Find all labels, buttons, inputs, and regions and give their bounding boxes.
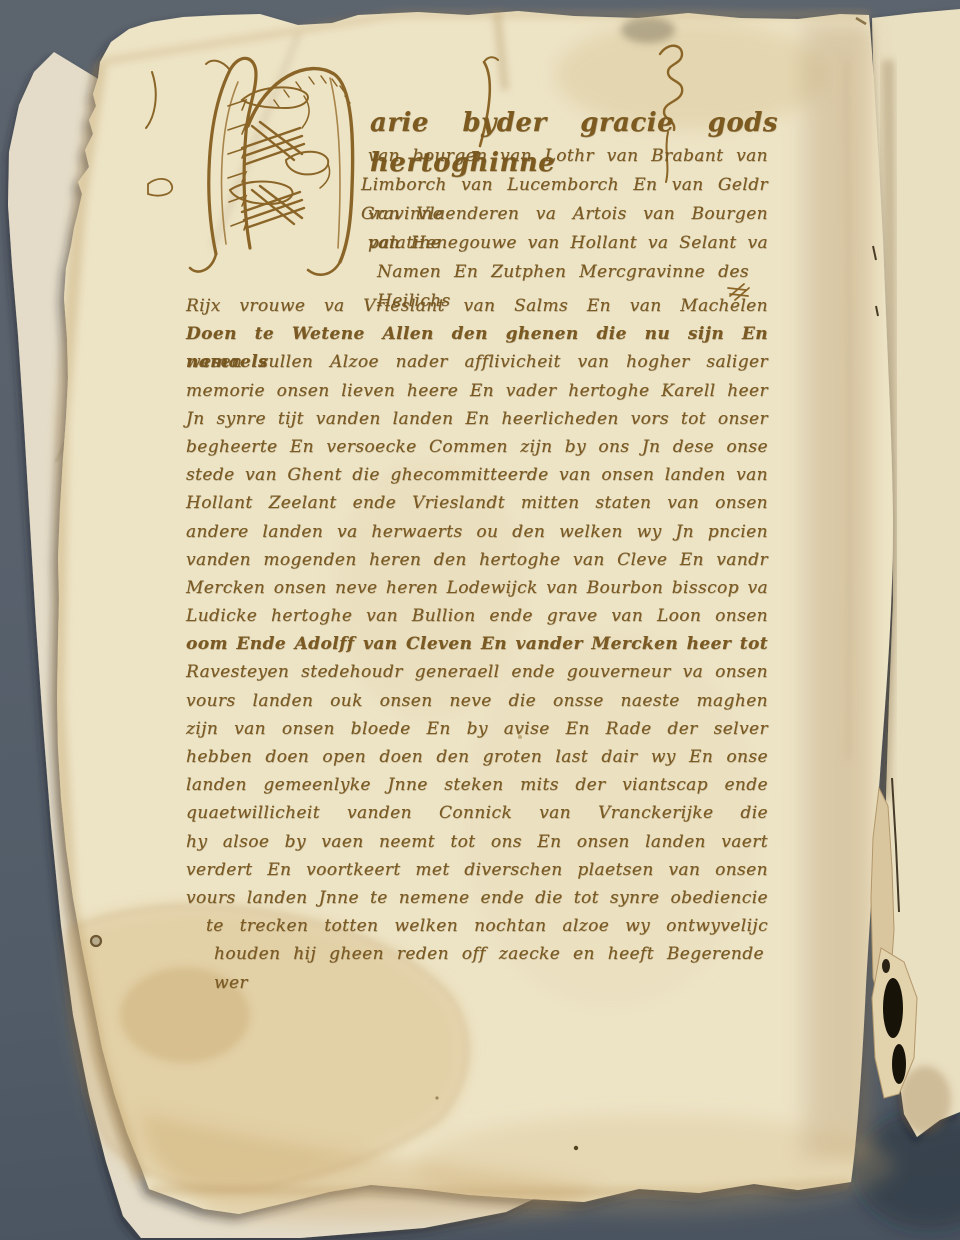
text-line: te trecken totten welken nochtan alzoe w… bbox=[206, 912, 768, 940]
text-line: verdert En voortkeert met diverschen pla… bbox=[186, 856, 768, 884]
text-line: wesen zullen Alzoe nader afflivicheit va… bbox=[186, 348, 768, 376]
text-line: stede van Ghent die ghecommitteerde van … bbox=[186, 461, 768, 489]
text-line: vours landen Jnne te nemene ende die tot… bbox=[186, 884, 768, 912]
text-line: oom Ende Adolff van Cleven En vander Mer… bbox=[186, 630, 768, 658]
text-line: Ludicke hertoghe van Bullion ende grave … bbox=[186, 602, 768, 630]
text-line: landen gemeenlyke Jnne steken mits der v… bbox=[186, 771, 768, 799]
text-line: Jn synre tijt vanden landen En heerliche… bbox=[186, 405, 768, 433]
manuscript-photo: arie byder gracie gods hertoghinne van b… bbox=[0, 0, 960, 1240]
text-line: vours landen ouk onsen neve die onsse na… bbox=[186, 687, 768, 715]
text-line: van Henegouwe van Hollant va Selant va bbox=[368, 229, 768, 258]
text-line: andere landen va herwaerts ou den welken… bbox=[186, 518, 768, 546]
text-line: begheerte En versoecke Commen zijn by on… bbox=[186, 433, 768, 461]
text-line: Doen te Wetene Allen den ghenen die nu s… bbox=[186, 320, 768, 348]
text-line: Limborch van Lucemborch En van Geldr Gra… bbox=[361, 171, 768, 200]
text-line: Namen En Zutphen Mercgravinne des Heilic… bbox=[377, 258, 749, 287]
text-line: hy alsoe by vaen neemt tot ons En onsen … bbox=[186, 828, 768, 856]
manuscript-header-lines: van bourgen van Lothr van Brabant vanLim… bbox=[368, 142, 768, 287]
text-line: van bourgen van Lothr van Brabant van bbox=[368, 142, 768, 171]
text-line: houden hij gheen reden off zaecke en hee… bbox=[214, 940, 764, 968]
text-line: vanden mogenden heren den hertoghe van C… bbox=[186, 546, 768, 574]
text-line: quaetwillicheit vanden Connick van Vranc… bbox=[186, 799, 768, 827]
text-line: van Vlaenderen va Artois van Bourgen pal… bbox=[368, 200, 768, 229]
illuminated-initial-m-icon bbox=[146, 58, 353, 274]
manuscript-body-lines: Rijx vrouwe va Vrieslant van Salms En va… bbox=[186, 292, 768, 969]
text-line: Rijx vrouwe va Vrieslant van Salms En va… bbox=[186, 292, 768, 320]
text-line: Mercken onsen neve heren Lodewijck van B… bbox=[186, 574, 768, 602]
text-line: zijn van onsen bloede En by avise En Rad… bbox=[186, 715, 768, 743]
text-line: memorie onsen lieven heere En vader hert… bbox=[186, 377, 768, 405]
text-line: hebben doen open doen den groten last da… bbox=[186, 743, 768, 771]
text-line: Hollant Zeelant ende Vrieslandt mitten s… bbox=[186, 489, 768, 517]
text-line: Ravesteyen stedehoudr generaell ende gou… bbox=[186, 658, 768, 686]
